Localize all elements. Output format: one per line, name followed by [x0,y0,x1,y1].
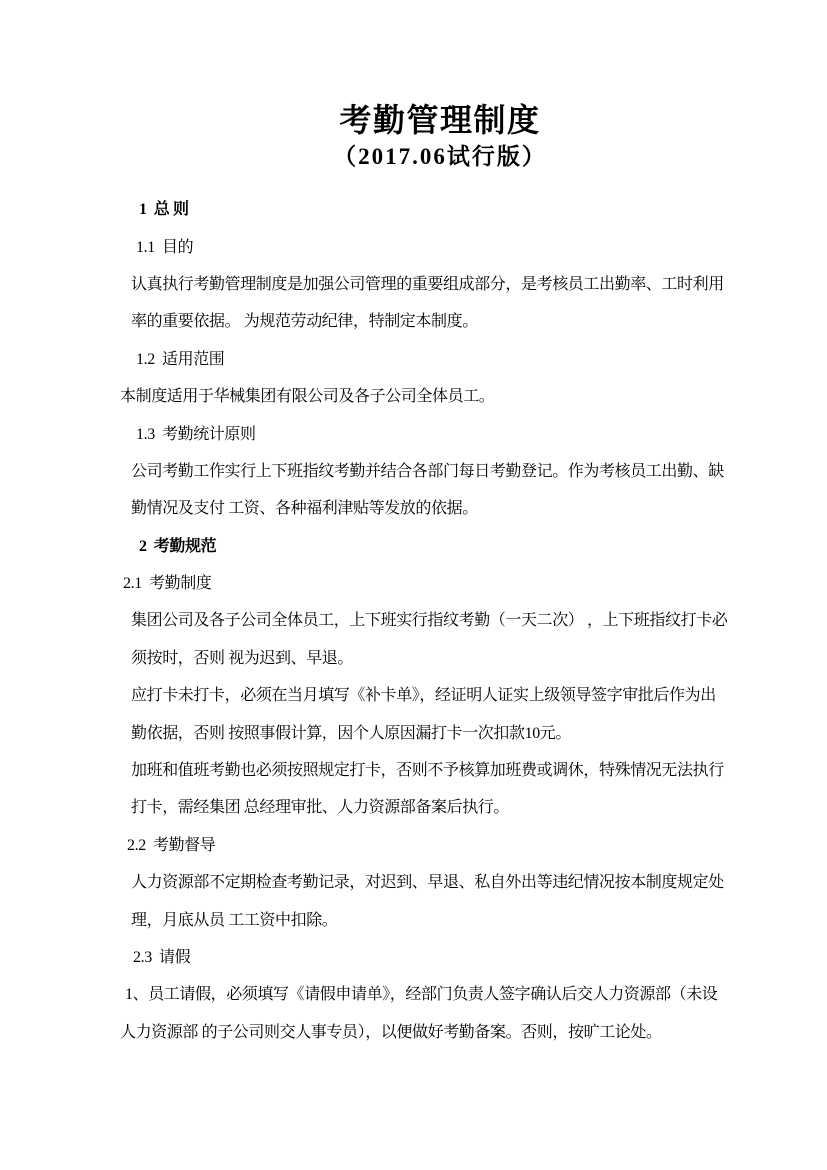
subsection-heading-2-2: 2.2 考勤督导 [120,825,760,862]
paragraph-line: 理，月底从员 工工资中扣除。 [120,899,760,936]
paragraph-line: 加班和值班考勤也必须按照规定打卡，否则不予核算加班费或调休，特殊情况无法执行 [120,750,760,787]
paragraph-line: 率的重要依据。 为规范劳动纪律，特制定本制度。 [120,301,760,338]
subsection-heading-2-3: 2.3 请假 [120,937,760,974]
subsection-heading-1-1: 1.1 目的 [120,226,760,263]
document-content: 考勤管理制度 （2017.06试行版） 1 总 则 1.1 目的 认真执行考勤管… [120,100,760,1049]
paragraph-line: 本制度适用于华械集团有限公司及各子公司全体员工。 [120,376,760,413]
paragraph-line: 认真执行考勤管理制度是加强公司管理的重要组成部分，是考核员工出勤率、工时利用 [120,264,760,301]
list-item-line: 人力资源部 的子公司则交人事专员），以便做好考勤备案。否则，按旷工论处。 [120,1012,760,1049]
paragraph-line: 公司考勤工作实行上下班指纹考勤并结合各部门每日考勤登记。作为考核员工出勤、缺 [120,451,760,488]
paragraph-line: 集团公司及各子公司全体员工，上下班实行指纹考勤（一天二次） ，上下班指纹打卡必 [120,600,760,637]
document-title: 考勤管理制度 [120,100,760,140]
section-heading-2: 2 考勤规范 [120,526,760,563]
document-subtitle: （2017.06试行版） [120,140,760,174]
document-page: 考勤管理制度 （2017.06试行版） 1 总 则 1.1 目的 认真执行考勤管… [0,0,827,1170]
paragraph-line: 勤情况及支付 工资、各种福利津贴等发放的依据。 [120,488,760,525]
paragraph-line: 应打卡未打卡，必须在当月填写《补卡单》，经证明人证实上级领导签字审批后作为出 [120,675,760,712]
paragraph-line: 人力资源部不定期检查考勤记录，对迟到、早退、私自外出等违纪情况按本制度规定处 [120,862,760,899]
document-body: 1 总 则 1.1 目的 认真执行考勤管理制度是加强公司管理的重要组成部分，是考… [120,189,760,1049]
paragraph-line: 须按时，否则 视为迟到、早退。 [120,638,760,675]
subsection-heading-2-1: 2.1 考勤制度 [120,563,760,600]
paragraph-line: 打卡，需经集团 总经理审批、人力资源部备案后执行。 [120,787,760,824]
list-item-line: 1、员工请假，必须填写《请假申请单》，经部门负责人签字确认后交人力资源部（未设 [120,974,760,1011]
paragraph-line: 勤依据，否则 按照事假计算，因个人原因漏打卡一次扣款10元。 [120,712,760,749]
subsection-heading-1-2: 1.2 适用范围 [120,339,760,376]
section-heading-1: 1 总 则 [120,189,760,226]
subsection-heading-1-3: 1.3 考勤统计原则 [120,413,760,450]
